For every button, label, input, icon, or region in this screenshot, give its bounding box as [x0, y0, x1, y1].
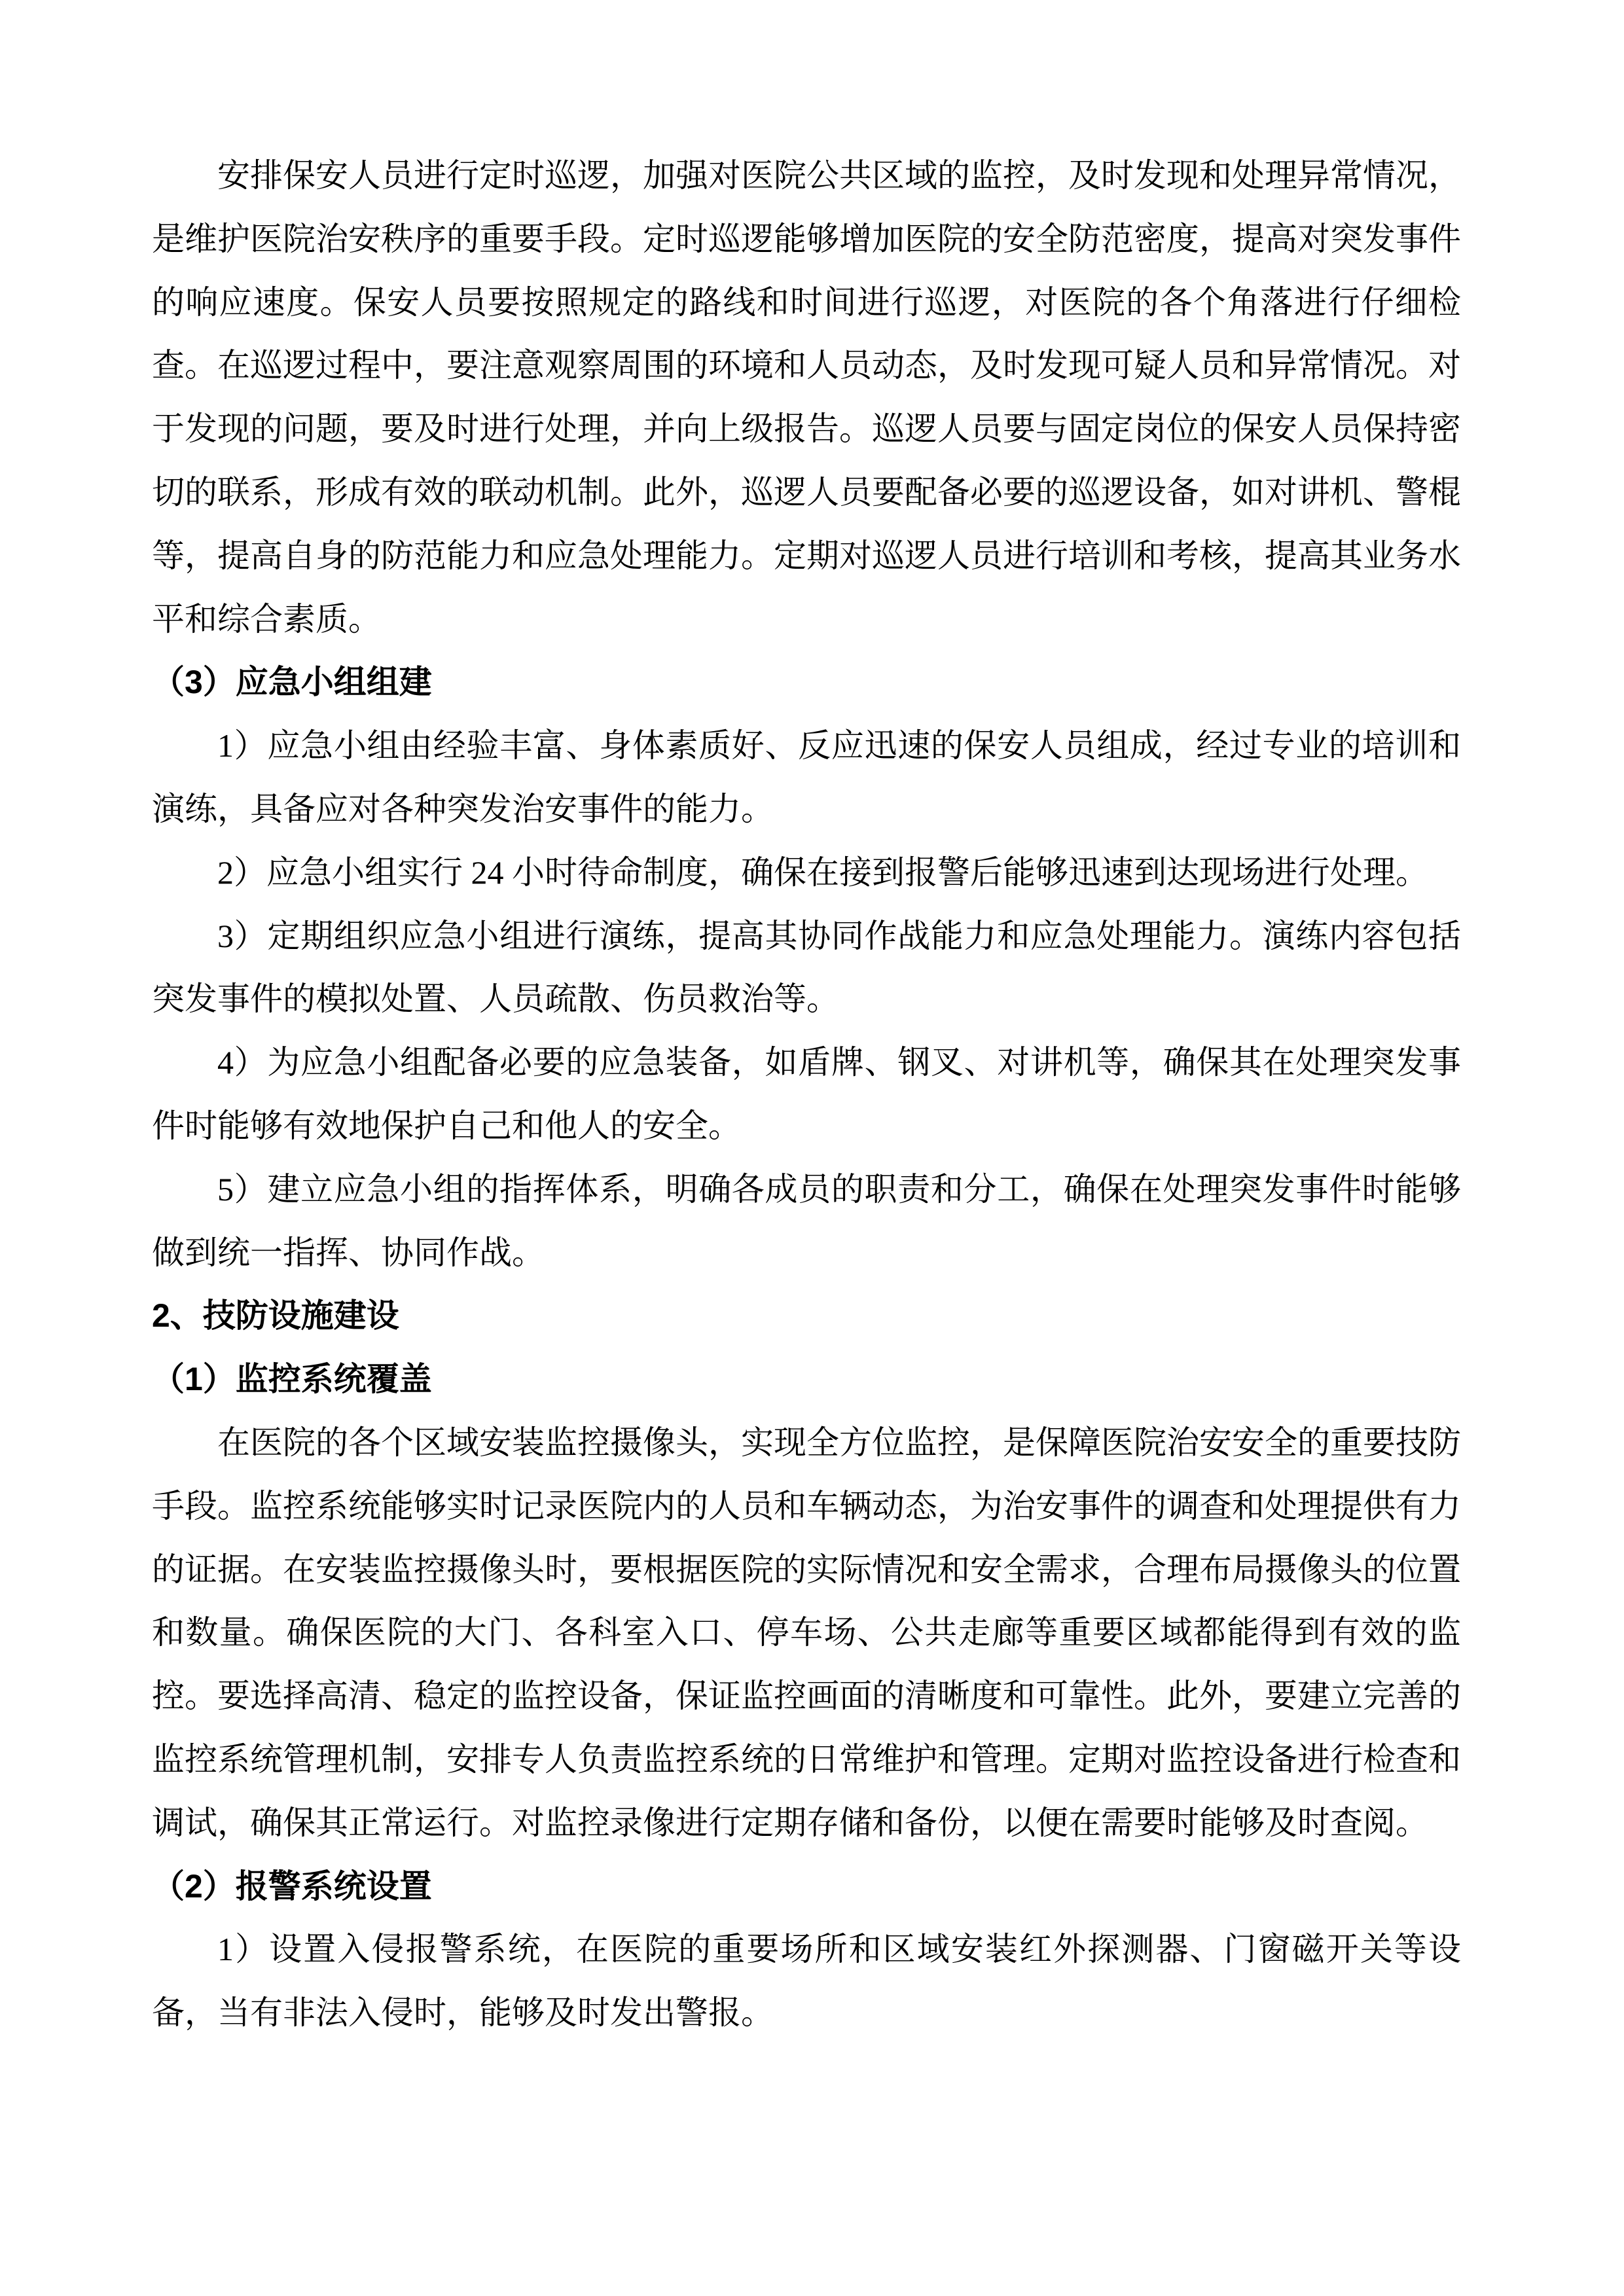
numbered-item: 1）应急小组由经验丰富、身体素质好、反应迅速的保安人员组成，经过专业的培训和演练… — [152, 714, 1461, 841]
section-heading: （2）报警系统设置 — [152, 1855, 1461, 1918]
numbered-item: 3）定期组织应急小组进行演练，提高其协同作战能力和应急处理能力。演练内容包括突发… — [152, 905, 1461, 1031]
numbered-item: 2）应急小组实行 24 小时待命制度，确保在接到报警后能够迅速到达现场进行处理。 — [152, 841, 1461, 905]
section-heading: 2、技防设施建设 — [152, 1284, 1461, 1348]
body-paragraph: 安排保安人员进行定时巡逻，加强对医院公共区域的监控，及时发现和处理异常情况，是维… — [152, 144, 1461, 651]
numbered-item: 5）建立应急小组的指挥体系，明确各成员的职责和分工，确保在处理突发事件时能够做到… — [152, 1158, 1461, 1285]
section-heading: （3）应急小组组建 — [152, 651, 1461, 714]
document-page: 安排保安人员进行定时巡逻，加强对医院公共区域的监控，及时发现和处理异常情况，是维… — [0, 0, 1624, 2296]
numbered-item: 1）设置入侵报警系统，在医院的重要场所和区域安装红外探测器、门窗磁开关等设备，当… — [152, 1918, 1461, 2045]
numbered-item: 4）为应急小组配备必要的应急装备，如盾牌、钢叉、对讲机等，确保其在处理突发事件时… — [152, 1031, 1461, 1158]
body-paragraph: 在医院的各个区域安装监控摄像头，实现全方位监控，是保障医院治安安全的重要技防手段… — [152, 1411, 1461, 1855]
section-heading: （1）监控系统覆盖 — [152, 1348, 1461, 1411]
